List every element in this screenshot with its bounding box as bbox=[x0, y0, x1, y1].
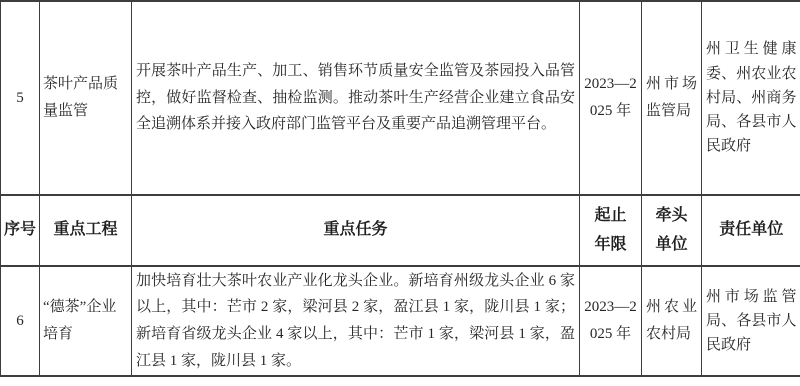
row6-index: 6 bbox=[1, 266, 40, 376]
row6-lead-unit: 州农业农村局 bbox=[642, 266, 702, 376]
row5-project: 茶叶产品质量监管 bbox=[40, 1, 132, 195]
table-row-5: 5 茶叶产品质量监管 开展茶叶产品生产、加工、销售环节质量安全监管及茶园投入品管… bbox=[1, 1, 800, 195]
header-index: 序号 bbox=[1, 195, 40, 266]
table-header-row: 序号 重点工程 重点任务 起止 年限 牵头 单位 责任单位 bbox=[1, 195, 800, 266]
header-lead-unit: 牵头 单位 bbox=[642, 195, 702, 266]
header-responsible-unit: 责任单位 bbox=[702, 195, 800, 266]
table-row-6: 6 “德茶”企业培育 加快培育壮大茶叶农业产业化龙头企业。新培育州级龙头企业 6… bbox=[1, 266, 800, 376]
row5-years: 2023—2025 年 bbox=[580, 1, 642, 195]
row5-responsible-unit: 州卫生健康委、州农业农村局、州商务局、各县市人民政府 bbox=[702, 1, 800, 195]
row5-lead-unit: 州市场监管局 bbox=[642, 1, 702, 195]
document-page: 5 茶叶产品质量监管 开展茶叶产品生产、加工、销售环节质量安全监管及茶园投入品管… bbox=[0, 0, 800, 386]
row6-years: 2023—2025 年 bbox=[580, 266, 642, 376]
header-project: 重点工程 bbox=[40, 195, 132, 266]
header-years: 起止 年限 bbox=[580, 195, 642, 266]
row6-responsible-unit: 州市场监管局、各县市人民政府 bbox=[702, 266, 800, 376]
header-task: 重点任务 bbox=[132, 195, 580, 266]
row6-project: “德茶”企业培育 bbox=[40, 266, 132, 376]
row6-task: 加快培育壮大茶叶农业产业化龙头企业。新培育州级龙头企业 6 家以上，其中：芒市 … bbox=[132, 266, 580, 376]
row5-task: 开展茶叶产品生产、加工、销售环节质量安全监管及茶园投入品管控，做好监督检查、抽检… bbox=[132, 1, 580, 195]
row5-index: 5 bbox=[1, 1, 40, 195]
plan-table: 5 茶叶产品质量监管 开展茶叶产品生产、加工、销售环节质量安全监管及茶园投入品管… bbox=[0, 0, 800, 377]
